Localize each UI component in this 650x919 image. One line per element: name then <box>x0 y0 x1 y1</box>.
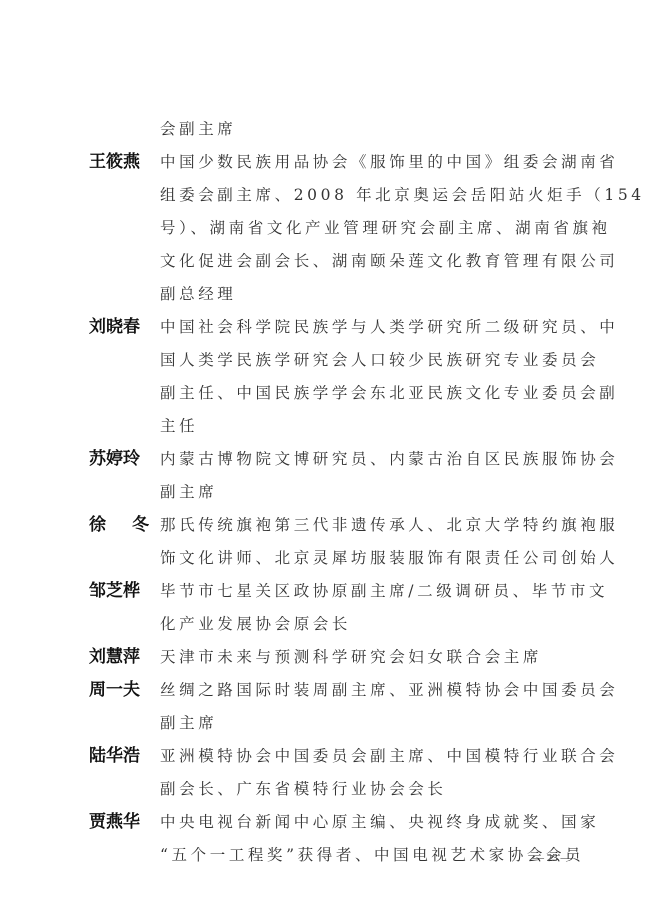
member-name: 陆华浩 <box>89 740 160 773</box>
desc-line: 中国少数民族用品协会《服饰里的中国》组委会湖南省 <box>160 146 570 179</box>
member-name: 邹芝桦 <box>89 575 160 608</box>
member-entry: 周一夫 丝绸之路国际时装周副主席、亚洲模特协会中国委员会 副主席 <box>89 674 569 740</box>
desc-line: 天津市未来与预测科学研究会妇女联合会主席 <box>160 641 569 674</box>
member-name: 刘晓春 <box>89 311 160 344</box>
member-description: 中央电视台新闻中心原主编、央视终身成就奖、国家 “五个一工程奖”获得者、中国电视… <box>160 806 570 872</box>
member-name-part: 徐 <box>89 509 106 542</box>
desc-line: “五个一工程奖”获得者、中国电视艺术家协会会员 <box>160 839 570 872</box>
desc-line: 中央电视台新闻中心原主编、央视终身成就奖、国家 <box>160 806 570 839</box>
desc-line: 文化促进会副会长、湖南颐朵莲文化教育管理有限公司 <box>160 245 570 278</box>
member-name: 刘慧萍 <box>89 641 160 674</box>
member-entry: 王筱燕 中国少数民族用品协会《服饰里的中国》组委会湖南省 组委会副主席、2008… <box>89 146 569 311</box>
member-list: 会副主席 王筱燕 中国少数民族用品协会《服饰里的中国》组委会湖南省 组委会副主席… <box>89 113 569 872</box>
member-name: 徐 冬 <box>89 509 149 542</box>
desc-line: 副主席 <box>160 707 570 740</box>
member-name-part: 冬 <box>132 509 149 542</box>
member-description: 那氏传统旗袍第三代非遗传承人、北京大学特约旗袍服 饰文化讲师、北京灵犀坊服装服饰… <box>160 509 570 575</box>
desc-line: 中国社会科学院民族学与人类学研究所二级研究员、中 <box>160 311 570 344</box>
desc-line: 国人类学民族学研究会人口较少民族研究专业委员会 <box>160 344 570 377</box>
desc-line: 饰文化讲师、北京灵犀坊服装服饰有限责任公司创始人 <box>160 542 570 575</box>
member-description: 内蒙古博物院文博研究员、内蒙古治自区民族服饰协会 副主席 <box>160 443 570 509</box>
entry-description: 会副主席 <box>160 113 569 146</box>
member-entry: 刘晓春 中国社会科学院民族学与人类学研究所二级研究员、中 国人类学民族学研究会人… <box>89 311 569 443</box>
member-description: 中国社会科学院民族学与人类学研究所二级研究员、中 国人类学民族学研究会人口较少民… <box>160 311 570 443</box>
member-name: 周一夫 <box>89 674 160 707</box>
desc-line: 化产业发展协会原会长 <box>160 608 570 641</box>
member-entry: 邹芝桦 毕节市七星关区政协原副主席/二级调研员、毕节市文 化产业发展协会原会长 <box>89 575 569 641</box>
document-page: 会副主席 王筱燕 中国少数民族用品协会《服饰里的中国》组委会湖南省 组委会副主席… <box>0 0 650 919</box>
member-description: 中国少数民族用品协会《服饰里的中国》组委会湖南省 组委会副主席、2008 年北京… <box>160 146 570 311</box>
member-entry: 苏婷玲 内蒙古博物院文博研究员、内蒙古治自区民族服饰协会 副主席 <box>89 443 569 509</box>
desc-line: 会副主席 <box>160 113 569 146</box>
member-name: 贾燕华 <box>89 806 160 839</box>
member-description: 毕节市七星关区政协原副主席/二级调研员、毕节市文 化产业发展协会原会长 <box>160 575 570 641</box>
member-entry: 徐 冬 那氏传统旗袍第三代非遗传承人、北京大学特约旗袍服 饰文化讲师、北京灵犀坊… <box>89 509 569 575</box>
desc-line: 号）、湖南省文化产业管理研究会副主席、湖南省旗袍 <box>160 212 570 245</box>
desc-line: 内蒙古博物院文博研究员、内蒙古治自区民族服饰协会 <box>160 443 570 476</box>
member-description: 丝绸之路国际时装周副主席、亚洲模特协会中国委员会 副主席 <box>160 674 570 740</box>
member-name: 王筱燕 <box>89 146 160 179</box>
member-entry: 刘慧萍 天津市未来与预测科学研究会妇女联合会主席 <box>89 641 569 674</box>
desc-line: 毕节市七星关区政协原副主席/二级调研员、毕节市文 <box>160 575 570 608</box>
desc-line: 那氏传统旗袍第三代非遗传承人、北京大学特约旗袍服 <box>160 509 570 542</box>
desc-line: 亚洲模特协会中国委员会副主席、中国模特行业联合会 <box>160 740 570 773</box>
desc-line: 副主任、中国民族学学会东北亚民族文化专业委员会副 <box>160 377 570 410</box>
member-description: 亚洲模特协会中国委员会副主席、中国模特行业联合会 副会长、广东省模特行业协会会长 <box>160 740 570 806</box>
desc-line: 副会长、广东省模特行业协会会长 <box>160 773 570 806</box>
desc-line: 丝绸之路国际时装周副主席、亚洲模特协会中国委员会 <box>160 674 570 707</box>
member-description: 天津市未来与预测科学研究会妇女联合会主席 <box>160 641 569 674</box>
desc-line: 副主席 <box>160 476 570 509</box>
continuation-entry: 会副主席 <box>89 113 569 146</box>
member-entry: 陆华浩 亚洲模特协会中国委员会副主席、中国模特行业联合会 副会长、广东省模特行业… <box>89 740 569 806</box>
desc-line: 主任 <box>160 410 570 443</box>
desc-line: 组委会副主席、2008 年北京奥运会岳阳站火炬手（154 <box>160 179 570 212</box>
desc-line: 副总经理 <box>160 278 570 311</box>
member-name: 苏婷玲 <box>89 443 160 476</box>
member-entry: 贾燕华 中央电视台新闻中心原主编、央视终身成就奖、国家 “五个一工程奖”获得者、… <box>89 806 569 872</box>
page-number: — 23 — <box>533 852 572 864</box>
